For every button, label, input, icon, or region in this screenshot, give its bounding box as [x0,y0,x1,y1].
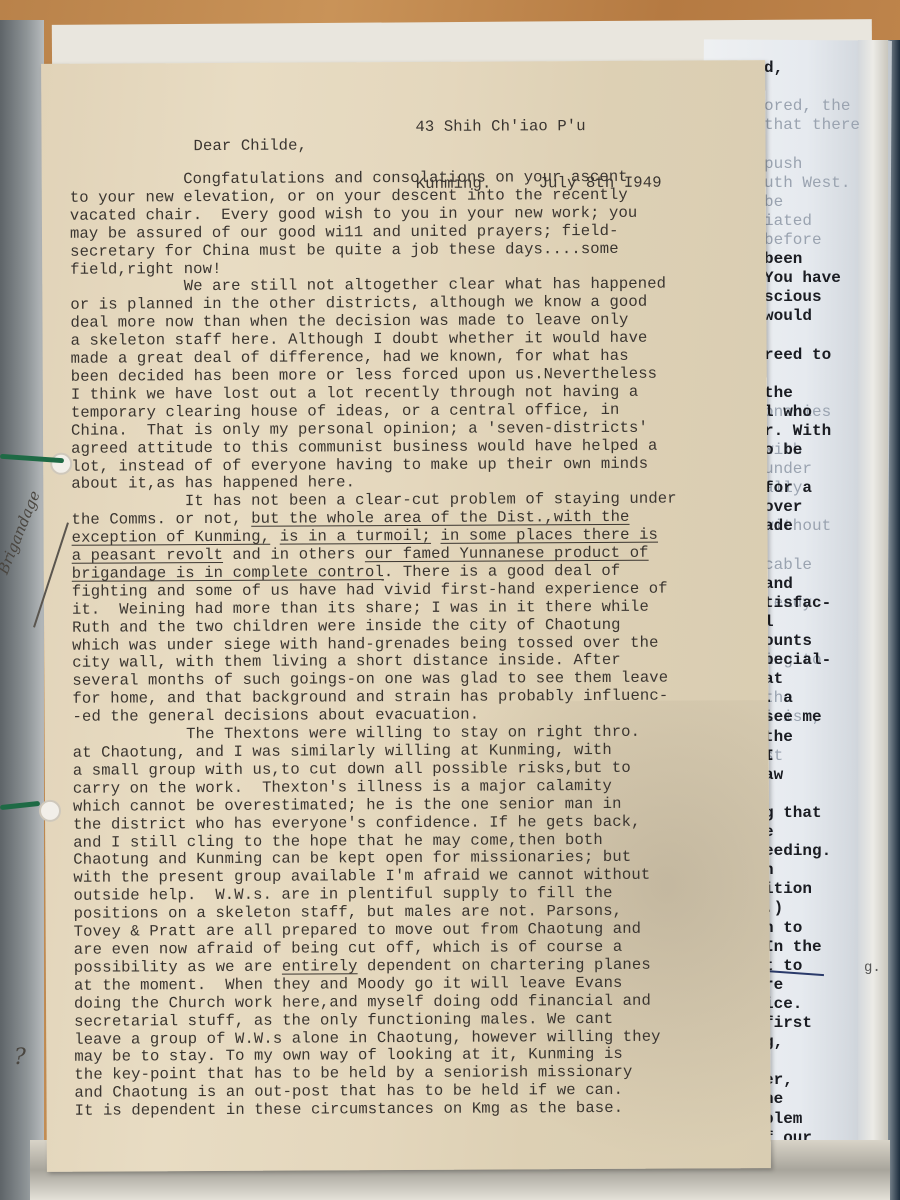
bleed-through-text: iated [764,213,812,231]
punch-hole-bottom [39,800,61,822]
bleed-through-text: push [764,156,802,174]
underlying-text-fragment: scious [764,289,822,307]
underlying-text-fragment: o be [764,442,802,460]
underlying-text-fragment: over [764,499,802,517]
underlying-text-fragment: pecial- [764,652,831,670]
underlying-text-fragment: would [764,308,812,326]
underlying-text-fragment: l who [764,404,812,422]
underlying-text-fragment: ounts [764,633,812,651]
underlying-text-fragment: eeding. [764,843,831,861]
letter-body: Congfatulations and consolations on your… [70,169,680,1121]
letter-line: It is dependent in these circumstances o… [75,1100,680,1121]
letter-line: secretary for China must be quite a job … [70,240,675,261]
underlying-page-text: ored, thethat there pushuth West.beiated… [764,60,894,1160]
underlying-text-fragment: In the [764,939,822,957]
handwritten-question-mark: ? [14,1045,26,1070]
underlying-text-fragment: been [764,251,802,269]
underlying-text-fragment: ade [764,518,793,536]
bleed-through-text: before [764,232,822,250]
underlying-text-fragment: ition [764,881,812,899]
bleed-through-text: that there [764,117,860,135]
punch-hole-top [50,453,72,475]
letter-line: lot, instead of of everyone having to ma… [71,455,676,476]
bleed-through-text: ored, the [764,98,850,116]
underlying-text-fragment: first [764,1015,812,1033]
underlying-text-fragment: for a [764,480,812,498]
underlying-text-fragment: d, [764,60,783,78]
bleed-through-text: under [764,461,812,479]
underlying-text-fragment: r. With [764,423,831,441]
salutation: Dear Childe, [193,138,307,157]
underlying-text-fragment: reed to [764,347,831,365]
underlying-text-fragment: You have [764,270,841,288]
address-street: 43 Shih Ch'iao P'u [415,117,661,137]
bleed-through-text: cable [764,557,812,575]
underlying-text-fragment: the [764,385,793,403]
underlying-text-fragment: n to [764,920,802,938]
underlying-text-fragment: and [764,576,793,594]
bleed-through-text: be [764,194,783,212]
underlying-text-fragment: see me [764,709,822,727]
bleed-through-text: uth West. [764,175,850,193]
underlying-text-fragment: g that [764,805,822,823]
underlying-text-fragment: tisfac- [764,595,831,613]
letter-page: 43 Shih Ch'iao P'u Kunming. July 8th I94… [41,60,771,1172]
